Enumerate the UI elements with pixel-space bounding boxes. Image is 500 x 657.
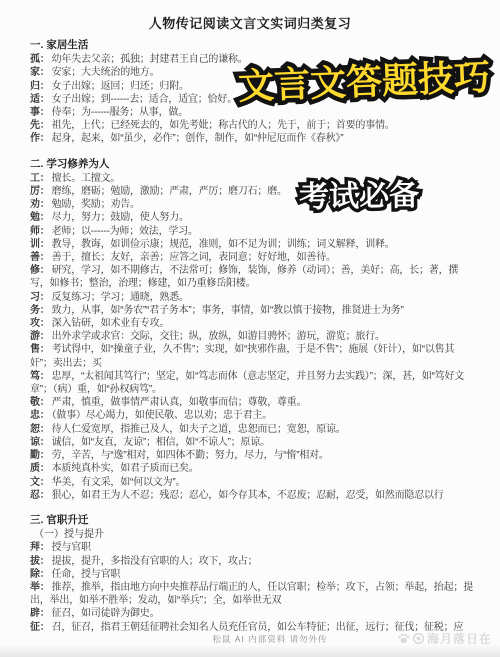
entry-definition: 女子出嫁；返回；归还；归附。 [52, 81, 189, 92]
entry-headword: 文： [30, 477, 50, 488]
entry-headword: 务： [30, 305, 50, 316]
section-heading: 三. 官职升迁 [30, 514, 474, 527]
entry-举: 举：推荐，推举，指由地方向中央推荐品行端正的人，任以官职；检举；攻下，占领；举起… [30, 581, 474, 607]
entry-definition: 安家；大夫统治的地方。 [52, 67, 160, 78]
entry-headword: 勤： [30, 450, 50, 461]
watermark: 海月落日在 [397, 630, 492, 647]
entry-修: 修：研究，学习，如不期修古，不法常可；修饰，装饰，修养（动词）；善，美好；高，长… [30, 264, 474, 290]
entry-definition: 起身，起来，如“虽少，必作”；创作，制作，如“仲尼厄而作《春秋》” [52, 133, 344, 144]
entry-忠: 忠：（做事）尽心竭力，如使民敬、忠以劝；忠于君主。 [30, 409, 474, 422]
entry-definition: 授与官职 [52, 542, 91, 553]
entry-忍: 忍：狠心，如君王为人不忍；残忍；忍心，如今存其本，不忍废；忍耐，忍受，如然而隐忍… [30, 489, 474, 502]
entry-definition: 征召，如司徒辟为御史。 [52, 608, 160, 619]
entry-headword: 售： [30, 344, 50, 355]
sections: 一. 家居生活孤：幼年失去父亲；孤独；封建君王自己的谦称。家：安家；大夫统治的地… [30, 39, 474, 634]
entry-definition: 深入钻研，如术业有专攻。 [52, 318, 170, 329]
entry-headword: 质： [30, 463, 50, 474]
entry-headword: 拔： [30, 556, 50, 567]
document-page: 人物传记阅读文言文实词归类复习 一. 家居生活孤：幼年失去父亲；孤独；封建君王自… [0, 0, 500, 657]
entry-definition: 狠心，如君王为人不忍；残忍；忍心，如今存其本，不忍废；忍耐，忍受，如然而隐忍以行 [52, 490, 444, 501]
entry-headword: 事： [30, 107, 50, 118]
entry-质: 质：本质纯真朴实，如君子质而已矣。 [30, 462, 474, 475]
entry-definition: 忠厚，“太祖闻其笃行”；坚定，如“笃志而体（意志坚定，并且努力去实践）”；深，甚… [30, 371, 464, 395]
entry-headword: 拜： [30, 542, 50, 553]
entry-definition: 任命，授与官职 [52, 569, 121, 580]
entry-headword: 辟： [30, 608, 50, 619]
entry-definition: （做事）尽心竭力，如使民敬、忠以劝；忠于君主。 [52, 410, 272, 421]
entry-习: 习：反复练习；学习；通晓，熟悉。 [30, 291, 474, 304]
entry-敬: 敬：严肃，慎重，做事情严肃认真，如敬事而信；尊敬，尊重。 [30, 396, 474, 409]
watermark-text: 海月落日在 [427, 630, 492, 647]
entry-definition: 反复练习；学习；通晓，熟悉。 [52, 292, 189, 303]
entry-definition: 幼年失去父亲；孤独；封建君王自己的谦称。 [52, 54, 248, 65]
entry-训: 训：教导，教诲，如训俭示康；规范，准则，如不足为训；训练；词义解释，训释。 [30, 238, 474, 251]
entry-definition: 出外求学或求官：交际，交往；纵，放纵，如游目骋怀；游玩，游览；旅行。 [52, 331, 385, 342]
entry-definition: 本质纯真朴实，如君子质而已矣。 [52, 463, 199, 474]
entry-headword: 工： [30, 173, 50, 184]
entry-作: 作：起身，起来，如“虽少，必作”；创作，制作，如“仲尼厄而作《春秋》” [30, 132, 474, 145]
ring-logo-icon [412, 632, 425, 645]
entry-headword: 游： [30, 331, 50, 342]
section-heading: 二. 学习修养为人 [30, 158, 474, 171]
entry-definition: 擅长。工擅文。 [52, 173, 121, 184]
entry-headword: 谅： [30, 437, 50, 448]
entry-攻: 攻：深入钻研，如术业有专攻。 [30, 317, 474, 330]
entry-文: 文：华美，有文采，如“何以文为”。 [30, 476, 474, 489]
entry-headword: 修： [30, 265, 50, 276]
entry-headword: 忍： [30, 490, 50, 501]
entry-headword: 征： [30, 622, 50, 633]
entry-headword: 师： [30, 226, 50, 237]
entry-善: 善：善于，擅长；友好，亲善；应答之词，表同意；好好地，如善待。 [30, 251, 474, 264]
entry-definition: 严肃，慎重，做事情严肃认真，如敬事而信；尊敬，尊重。 [52, 397, 307, 408]
entry-headword: 作： [30, 133, 50, 144]
entry-definition: 女子出嫁；到------去；适合，适宜；恰好。 [52, 94, 237, 105]
entry-definition: 老师；以------为师；效法，学习。 [52, 226, 198, 237]
entry-definition: 善于，擅长；友好，亲善；应答之词，表同意；好好地，如善待。 [52, 252, 336, 263]
entry-definition: 磨练，磨砺；勉励，激励；严肃，严厉；磨刀石；磨。 [52, 186, 287, 197]
entry-辟: 辟：征召，如司徒辟为御史。 [30, 607, 474, 620]
entry-headword: 劝： [30, 199, 50, 210]
entry-售: 售：考试得中，如“操童子业，久不售”；实现，如“挟邪作蛊，于是不售”；施展（奸计… [30, 343, 474, 369]
entry-headword: 习： [30, 292, 50, 303]
entry-headword: 笃： [30, 371, 50, 382]
entry-definition: 侍奉；为------服务；从事，做。 [52, 107, 188, 118]
entry-definition: 提拔，提升，多指没有官职的人；攻下，攻占； [52, 556, 258, 567]
section-subheading: （一）授与提升 [34, 528, 474, 541]
paw-icon [397, 632, 410, 645]
entry-definition: 教导，教诲，如训俭示康；规范，准则，如不足为训；训练；词义解释，训释。 [52, 239, 395, 250]
entry-除: 除：任命，授与官职 [30, 568, 474, 581]
page-title: 人物传记阅读文言文实词归类复习 [0, 0, 500, 32]
entry-headword: 攻： [30, 318, 50, 329]
entry-headword: 厉： [30, 186, 50, 197]
entry-definition: 研究，学习，如不期修古，不法常可；修饰，装饰，修养（动词）；善，美好；高，长；著… [30, 265, 458, 289]
entry-headword: 孤： [30, 54, 50, 65]
overlay-banner-exam: 考试必备 考试必备 [299, 170, 420, 216]
entry-游: 游：出外求学或求官：交际，交往；纵，放纵，如游目骋怀；游玩，游览；旅行。 [30, 330, 474, 343]
entry-definition: 考试得中，如“操童子业，久不售”；实现，如“挟邪作蛊，于是不售”；施展（奸计），… [30, 344, 454, 368]
entry-headword: 除： [30, 569, 50, 580]
entry-headword: 恕： [30, 424, 50, 435]
entry-headword: 先： [30, 120, 50, 131]
entry-拜: 拜：授与官职 [30, 541, 474, 554]
entry-师: 师：老师；以------为师；效法，学习。 [30, 225, 474, 238]
entry-definition: 劳，辛苦，与“逸”相对，如四体不勤；努力，尽力，与“惰”相对。 [52, 450, 329, 461]
entry-definition: 华美，有文采，如“何以文为”。 [52, 477, 186, 488]
entry-headword: 善： [30, 252, 50, 263]
entry-definition: 致力，从事，如“务农”“君子务本”；事务，事情，如“教以慎于接物，推贤进士为务” [52, 305, 404, 316]
entry-headword: 归： [30, 81, 50, 92]
entry-definition: 诚信，如“友直，友谅”；相信，如“不谅人”；原谅。 [52, 437, 270, 448]
overlay-banner-skill: 文言文答题技巧 文言文答题技巧 [237, 49, 491, 110]
entry-headword: 敬： [30, 397, 50, 408]
entry-headword: 勉： [30, 212, 50, 223]
entry-勤: 勤：劳，辛苦，与“逸”相对，如四体不勤；努力，尽力，与“惰”相对。 [30, 449, 474, 462]
entry-先: 先：祖先，上代；已经死去的，如先考妣；称古代的人；先于，前于；首要的事情。 [30, 119, 474, 132]
section-heading: 一. 家居生活 [30, 39, 474, 52]
entry-definition: 祖先，上代；已经死去的，如先考妣；称古代的人；先于，前于；首要的事情。 [52, 120, 395, 131]
entry-恕: 恕：待人仁爱宽厚，指推己及人，如夫子之道，忠恕而已；宽恕，原谅。 [30, 423, 474, 436]
entry-headword: 忠： [30, 410, 50, 421]
entry-headword: 适： [30, 94, 50, 105]
entry-拔: 拔：提拔，提升，多指没有官职的人；攻下，攻占； [30, 555, 474, 568]
entry-务: 务：致力，从事，如“务农”“君子务本”；事务，事情，如“教以慎于接物，推贤进士为… [30, 304, 474, 317]
entry-definition: 勉励，奖励；劝告。 [52, 199, 140, 210]
entry-headword: 训： [30, 239, 50, 250]
entry-definition: 推荐，推举，指由地方向中央推荐品行端正的人，任以官职；检举；攻下，占领；举起，抬… [30, 582, 473, 606]
vocabulary-content: 一. 家居生活孤：幼年失去父亲；孤独；封建君王自己的谦称。家：安家；大夫统治的地… [30, 39, 474, 634]
overlay-banner-exam-text: 考试必备 [299, 179, 420, 214]
entry-headword: 家： [30, 67, 50, 78]
entry-definition: 尽力，努力；鼓励，使人努力。 [52, 212, 189, 223]
entry-definition: 待人仁爱宽厚，指推己及人，如夫子之道，忠恕而已；宽恕，原谅。 [52, 424, 346, 435]
entry-headword: 举： [30, 582, 50, 593]
entry-谅: 谅：诚信，如“友直，友谅”；相信，如“不谅人”；原谅。 [30, 436, 474, 449]
entry-笃: 笃：忠厚，“太祖闻其笃行”；坚定，如“笃志而体（意志坚定，并且努力去实践）”；深… [30, 370, 474, 396]
